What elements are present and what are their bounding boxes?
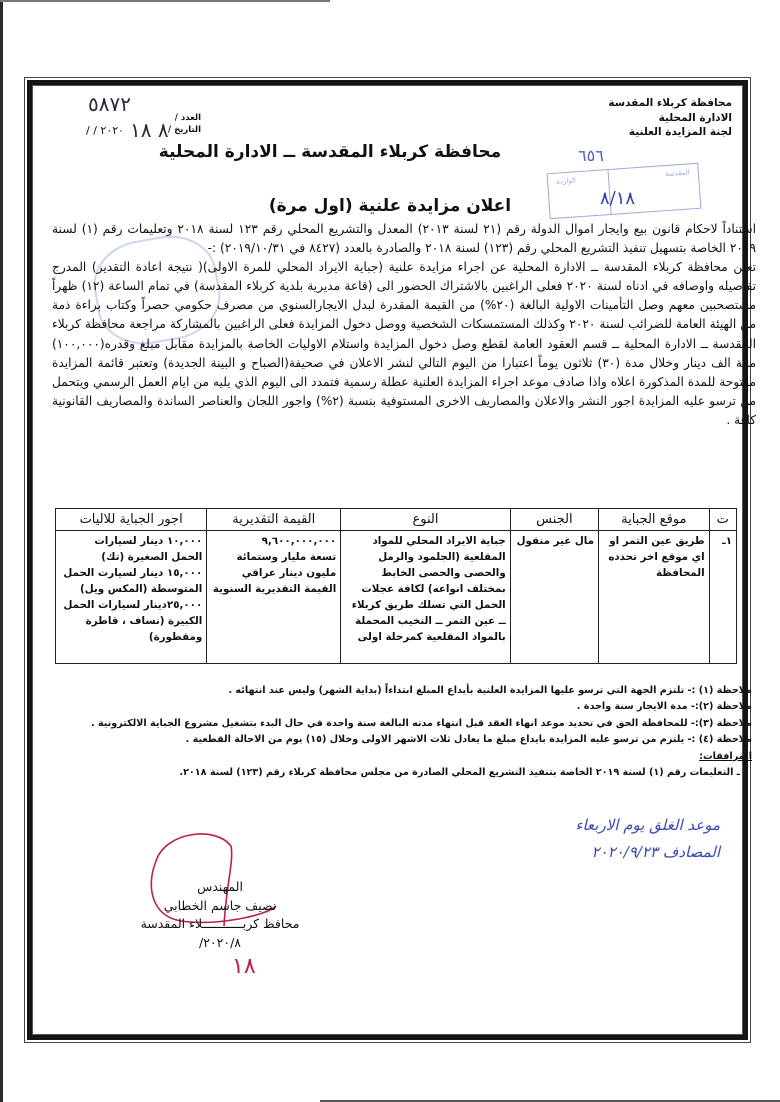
org-line-committee: لجنة المزايدة العلنية bbox=[608, 125, 732, 140]
cell-fees: ١٠,٠٠٠ دينار لسيارات الحمل الصغيرة (تك) … bbox=[56, 531, 207, 664]
header-location: موقع الجباية bbox=[599, 509, 710, 531]
stamp-label: الواردة bbox=[556, 176, 576, 185]
value-number: ٩,٦٠٠,٠٠٠,٠٠٠ bbox=[211, 533, 336, 549]
reference-labels: العدد / التاريخ / bbox=[168, 112, 201, 136]
organization-block: محافظة كربلاء المقدسة الادارة المحلية لج… bbox=[608, 96, 732, 140]
page-edge bbox=[0, 0, 330, 2]
announcement-title: اعلان مزايدة علنية (اول مرة) bbox=[200, 196, 580, 216]
stamp-label: المقدسة bbox=[665, 168, 690, 178]
cell-value: ٩,٦٠٠,٠٠٠,٠٠٠ تسعة مليار وستمائة مليون د… bbox=[207, 531, 341, 664]
cell-seq: ١ـ bbox=[709, 531, 736, 664]
body-paragraph-legal-basis: استناداً لاحكام قانون بيع وايجار اموال ا… bbox=[52, 220, 756, 258]
closing-note-line-2: المصادف ٢٠٢٠/٩/٢٣ bbox=[400, 839, 720, 866]
signatory-name: نصيف جاسم الخطابي bbox=[120, 897, 320, 916]
reference-number-handwritten: ٥٨٧٢ bbox=[88, 92, 131, 116]
table-row: ١ـ طريق عين التمر او اي موقع اخر تحدده ا… bbox=[56, 531, 737, 664]
page-edge bbox=[0, 0, 3, 1102]
signatory-title: المهندس bbox=[120, 878, 320, 897]
header-type: النوع bbox=[341, 509, 510, 531]
signature-date-handwritten: ١٨ bbox=[232, 954, 256, 979]
header-fees: اجور الجباية للاليات bbox=[56, 509, 207, 531]
table-header-row: ت موقع الجباية الجنس النوع القيمة التقدي… bbox=[56, 509, 737, 531]
date-printed: / / ٢٠٢٠ bbox=[86, 124, 124, 137]
incoming-date-handwritten: ٨/١٨ bbox=[600, 188, 635, 209]
date-handwritten: ٨ ١٨ bbox=[130, 118, 169, 142]
closing-note-line-1: موعد الغلق يوم الاربعاء bbox=[400, 812, 720, 839]
signature-block: المهندس نصيف جاسم الخطابي محافظ كربـــــ… bbox=[120, 878, 320, 952]
auction-table: ت موقع الجباية الجنس النوع القيمة التقدي… bbox=[55, 508, 737, 664]
fee-large-trucks: ٢٥,٠٠٠دينار لسيارات الحمل الكبيرة (نساف … bbox=[60, 597, 202, 645]
incoming-number-handwritten: ٦٥٦ bbox=[578, 146, 604, 165]
cell-type: جباية الايراد المحلي للمواد المقلعية (ال… bbox=[341, 531, 510, 664]
announcement-body: استناداً لاحكام قانون بيع وايجار اموال ا… bbox=[52, 220, 756, 430]
note-1: ملاحظة (١) :- تلتزم الجهة التي ترسو عليه… bbox=[52, 683, 752, 699]
date-label: التاريخ / bbox=[168, 124, 201, 136]
attachment-item: ـ التعليمات رقم (١) لسنة ٢٠١٩ الخاصة بتن… bbox=[52, 765, 752, 781]
signature-date-printed: ٢٠٢٠/٨/ bbox=[120, 934, 320, 953]
org-line-administration: الادارة المحلية bbox=[608, 111, 732, 126]
handwritten-closing-note: موعد الغلق يوم الاربعاء المصادف ٢٠٢٠/٩/٢… bbox=[400, 812, 720, 866]
org-line-governorate: محافظة كربلاء المقدسة bbox=[608, 96, 732, 111]
cell-location: طريق عين التمر او اي موقع اخر تحدده المح… bbox=[599, 531, 710, 664]
header-kind: الجنس bbox=[510, 509, 598, 531]
attachments-title: المرافقات: bbox=[52, 749, 752, 765]
notes-section: ملاحظة (١) :- تلتزم الجهة التي ترسو عليه… bbox=[52, 683, 752, 781]
fee-medium-trucks: ١٥,٠٠٠ دينار لسيارت الحمل المتوسطة (المك… bbox=[60, 565, 202, 597]
page-header-title: محافظة كربلاء المقدسة ــ الادارة المحلية bbox=[120, 142, 540, 162]
note-4: ملاحظة (٤) :- يلتزم من ترسو عليه المزايد… bbox=[52, 732, 752, 748]
reference-label: العدد / bbox=[168, 112, 201, 124]
value-words: تسعة مليار وستمائة مليون دينار عراقي bbox=[211, 549, 336, 581]
note-3: ملاحظة (٣):- للمحافظة الحق في تحديد موعد… bbox=[52, 716, 752, 732]
body-paragraph-details: تعلن محافظة كربلاء المقدسة ــ الادارة ال… bbox=[52, 258, 756, 430]
header-value: القيمة التقديرية bbox=[207, 509, 341, 531]
note-2: ملاحظة (٢):- مدة الايجار سنة واحدة . bbox=[52, 699, 752, 715]
value-note: القيمة التقديرية السنوية bbox=[211, 581, 336, 597]
signatory-position: محافظ كربـــــــــــلاء المقدسة bbox=[120, 915, 320, 934]
cell-kind: مال غير منقول bbox=[510, 531, 598, 664]
fee-small-trucks: ١٠,٠٠٠ دينار لسيارات الحمل الصغيرة (تك) bbox=[60, 533, 202, 565]
header-seq: ت bbox=[709, 509, 736, 531]
